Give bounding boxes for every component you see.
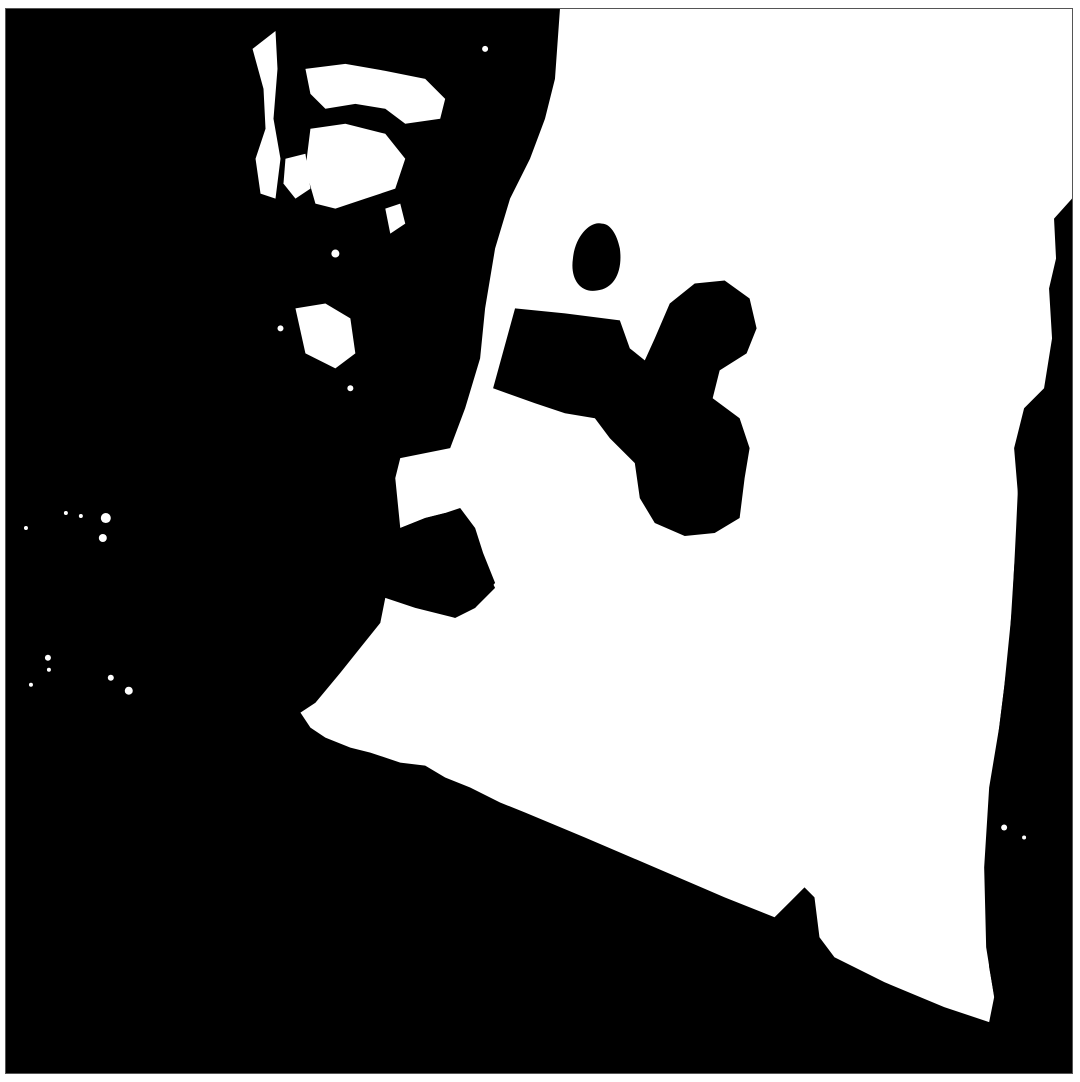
binary-face-image: [6, 9, 1072, 1073]
image-frame: [5, 8, 1073, 1074]
